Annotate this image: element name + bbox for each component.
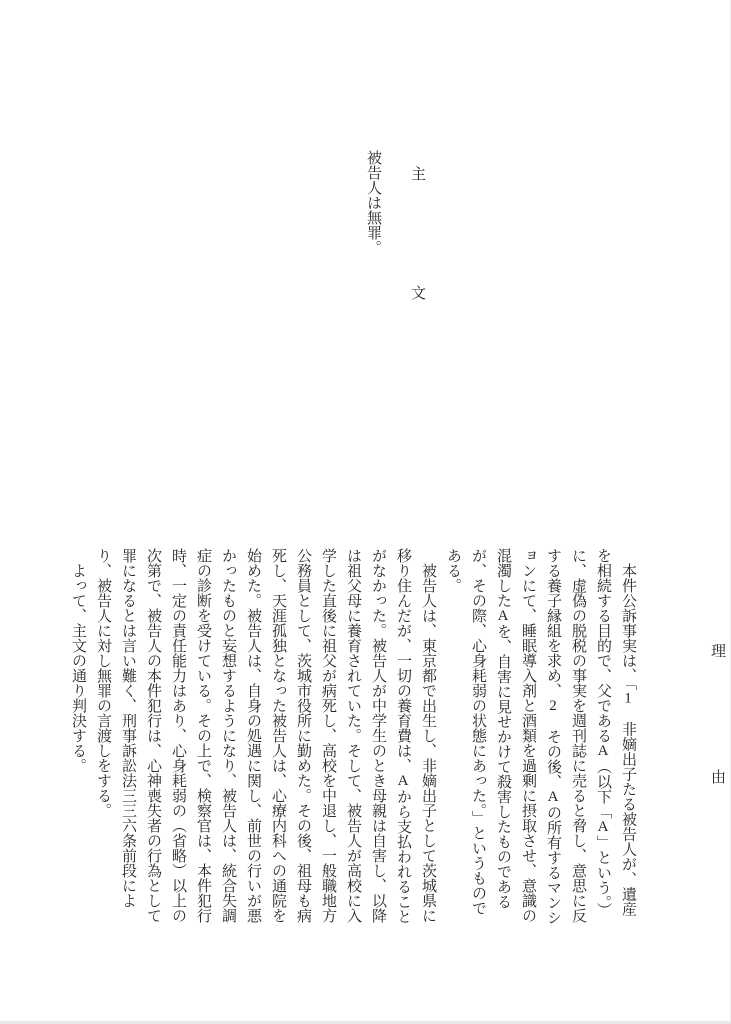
main-text-heading: 主 文 <box>404 150 429 450</box>
reasons-heading: 理 由 <box>704 548 729 926</box>
reasons-heading-char-1: 理 <box>709 643 725 658</box>
heading-gap <box>717 674 718 753</box>
heading-gap <box>417 197 418 269</box>
reasons-paragraph-conclusion: よって、主文の通り判決する。 <box>65 548 90 926</box>
reasons-paragraph-indictment: 本件公訴事実は、「1 非嫡出子たる被告人が、遺産を相続する目的で、父であるA（以… <box>440 548 640 926</box>
main-text-heading-char-2: 文 <box>409 285 425 300</box>
main-text-heading-char-1: 主 <box>409 166 425 181</box>
reasons-heading-char-2: 由 <box>709 769 725 784</box>
reasons-section: 理 由 本件公訴事実は、「1 非嫡出子たる被告人が、遺産を相続する目的で、父であ… <box>65 548 729 926</box>
judgment-document-page: 主 文 被告人は無罪。 理 由 本件公訴事実は、「1 非嫡出子たる被告人が、遺産… <box>0 0 731 1024</box>
reasons-paragraph-background: 被告人は、東京都で出生し、非嫡出子として茨城県に移り住んだが、一切の養育費は、A… <box>90 548 440 926</box>
main-text-section: 主 文 被告人は無罪。 <box>360 150 429 450</box>
verdict-line: 被告人は無罪。 <box>360 150 385 450</box>
